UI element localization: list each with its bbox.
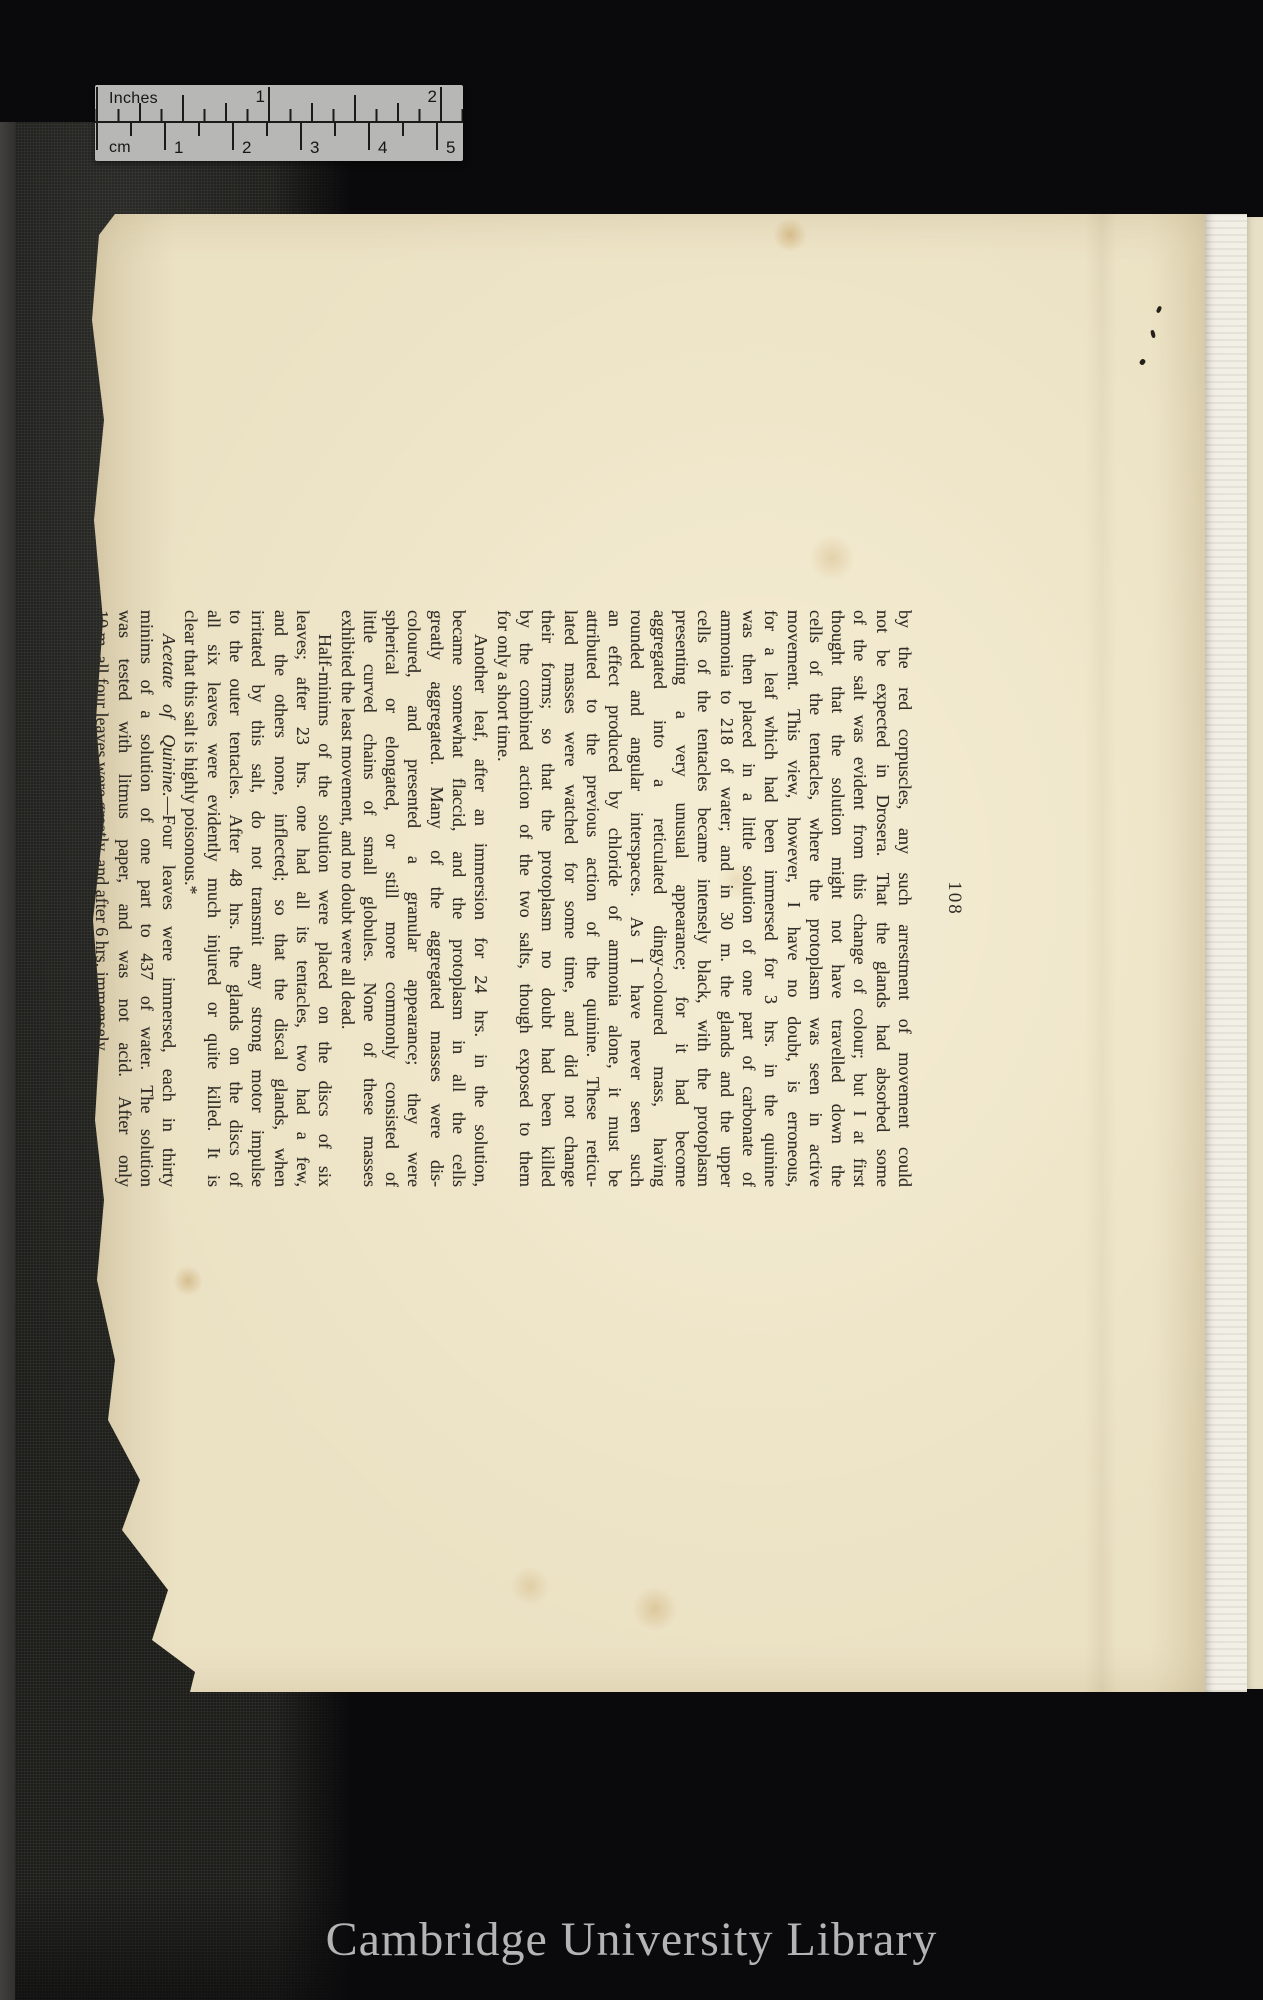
text-line: an effect produced by chloride of ammoni…: [604, 610, 626, 1187]
text-line: ammonia to 218 of water; and in 30 m. th…: [715, 610, 737, 1187]
text-line: cells of the tentacles, where the protop…: [805, 610, 827, 1187]
text-line: irritated by this salt, do not transmit …: [247, 610, 269, 1187]
text-line: movement. This view, however, I have no …: [782, 610, 804, 1187]
measurement-ruler: Inches cm 1 2 1 2 3 4 5: [95, 85, 463, 161]
text-line: for a leaf which had been immersed for 3…: [760, 610, 782, 1187]
text-line: attributed to the previous action of the…: [582, 610, 604, 1187]
scan-photograph: { "ruler": { "inches_label": "Inches", "…: [0, 0, 1263, 2000]
adjacent-page-edge: [1247, 217, 1263, 1689]
text-line: little curved chains of small globules. …: [359, 610, 381, 1187]
foxing-spot: [773, 218, 807, 252]
foxing-spot: [633, 1586, 677, 1632]
ruler-cm-number: 4: [378, 138, 400, 158]
text-line: by the combined action of the two salts,…: [515, 610, 537, 1187]
ruler-cm-number: 2: [242, 138, 264, 158]
text-block: by the red corpuscles, any such arrestme…: [91, 610, 916, 1187]
text-line: by the red corpuscles, any such arrestme…: [894, 610, 916, 1187]
text-line: Another leaf, after an immersion for 24 …: [470, 610, 492, 1187]
ruler-cm-number: 3: [310, 138, 332, 158]
text-line: was tested with litmus paper, and was no…: [113, 610, 135, 1187]
text-line: cells of the tentacles became intensely …: [693, 610, 715, 1187]
text-line: leaves; after 23 hrs. one had all its te…: [292, 610, 314, 1187]
tissue-guard-strip: [1205, 214, 1247, 1692]
text-line: to the outer tentacles. After 48 hrs. th…: [225, 610, 247, 1187]
scanned-page-rotated: 108 by the red corpuscles, any such arre…: [85, 214, 1205, 1692]
text-line: exhibited the least movement, and no dou…: [336, 610, 358, 1187]
text-line: all six leaves were evidently much injur…: [203, 610, 225, 1187]
ink-speck: [1139, 358, 1147, 366]
text-line: aggregated into a reticulated dingy-colo…: [648, 610, 670, 1187]
foxing-spot: [173, 1266, 203, 1296]
text-line: was then placed in a little solution of …: [738, 610, 760, 1187]
text-line: clear that this salt is highly poisonous…: [180, 610, 202, 1187]
text-line: greatly aggregated. Many of the aggregat…: [425, 610, 447, 1187]
page-number: 108: [943, 610, 965, 1187]
ruler-inch-number: 2: [413, 87, 437, 107]
ruler-cm-number: 1: [174, 138, 196, 158]
text-line: presenting a very unusual appearance; fo…: [671, 610, 693, 1187]
text-line: for only a short time.: [492, 610, 514, 1187]
ink-speck: [1156, 305, 1163, 313]
ruler-inches-label: Inches: [109, 90, 158, 108]
background-left-edge: [0, 122, 15, 2000]
text-line: lated masses were watched for some time,…: [559, 610, 581, 1187]
foxing-spot: [511, 1566, 549, 1606]
text-line: coloured, and presented a granular appea…: [403, 610, 425, 1187]
text-line: minims of a solution of one part to 437 …: [136, 610, 158, 1187]
ruler-cm-number: 5: [446, 138, 468, 158]
book-page: 108 by the red corpuscles, any such arre…: [85, 214, 1205, 1692]
ruler-inch-number: 1: [241, 87, 265, 107]
text-line: their forms; so that the protoplasm no d…: [537, 610, 559, 1187]
text-line: thought that the solution might not have…: [827, 610, 849, 1187]
text-line: 10 m. all four leaves were greatly, and …: [91, 610, 113, 1187]
text-line: not be expected in Drosera. That the gla…: [871, 610, 893, 1187]
text-line: Half-minims of the solution were placed …: [314, 610, 336, 1187]
ink-speck: [1150, 330, 1156, 339]
text-line: rounded and angular interspaces. As I ha…: [626, 610, 648, 1187]
text-line: spherical or elongated, or still more co…: [381, 610, 403, 1187]
ruler-cm-ticks: [95, 123, 463, 150]
text-line: Acetate of Quinine.—Four leaves were imm…: [158, 610, 180, 1187]
foxing-spot: [809, 534, 855, 582]
ruler-cm-label: cm: [109, 139, 131, 157]
text-line: and the others none, inflected; so that …: [269, 610, 291, 1187]
text-line: of the salt was evident from this change…: [849, 610, 871, 1187]
ruler-cm-scale: [95, 123, 463, 161]
library-watermark: Cambridge University Library: [0, 1912, 1263, 1972]
text-line: became somewhat flaccid, and the protopl…: [448, 610, 470, 1187]
